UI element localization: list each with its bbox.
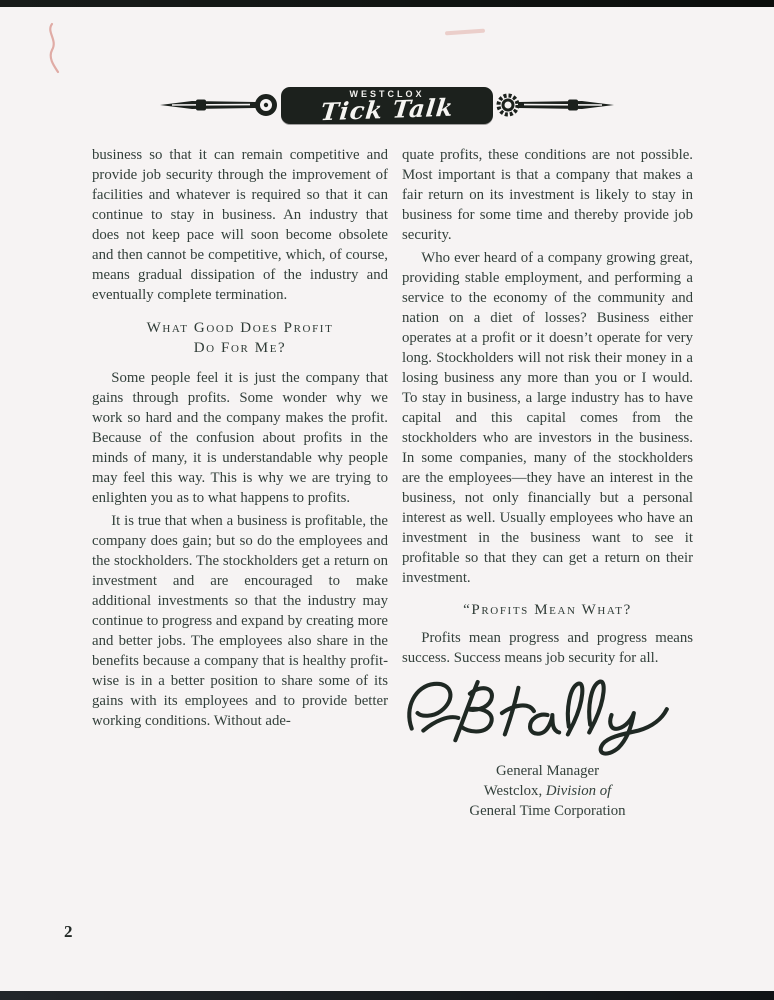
signature-scrawl-icon bbox=[402, 671, 693, 759]
page-number: 2 bbox=[64, 922, 73, 942]
body-paragraph: Profits mean progress and progress means… bbox=[402, 628, 693, 668]
section-heading: What Good Does Profit Do For Me? bbox=[92, 318, 388, 358]
signature: RB Hally bbox=[402, 671, 693, 759]
right-column: quate profits, these conditions are not … bbox=[402, 145, 693, 821]
body-paragraph: Who ever heard of a company growing grea… bbox=[402, 248, 693, 588]
pencil-mark-icon bbox=[38, 18, 118, 78]
page: WESTCLOX Tick Talk business so that it c… bbox=[0, 0, 774, 1000]
body-paragraph: It is true that when a business is profi… bbox=[92, 511, 388, 731]
section-heading: “Profits Mean What? bbox=[402, 600, 693, 620]
signoff-company: Westclox, Division of bbox=[402, 781, 693, 801]
signoff: General Manager Westclox, Division of Ge… bbox=[402, 761, 693, 821]
section-heading-line2: Do For Me? bbox=[194, 340, 287, 356]
body-paragraph: Some people feel it is just the company … bbox=[92, 368, 388, 508]
scan-edge-bottom bbox=[0, 991, 774, 1000]
masthead: WESTCLOX Tick Talk bbox=[0, 84, 774, 126]
signoff-title: General Manager bbox=[402, 761, 693, 781]
body-paragraph: business so that it can remain competiti… bbox=[92, 145, 388, 305]
signoff-corporation: General Time Corporation bbox=[402, 801, 693, 821]
clock-hand-right-icon bbox=[494, 87, 616, 123]
left-column: business so that it can remain competiti… bbox=[92, 145, 388, 821]
logo-banner: WESTCLOX Tick Talk bbox=[281, 87, 493, 124]
pencil-smudge bbox=[445, 29, 485, 36]
section-heading-line1: What Good Does Profit bbox=[147, 320, 334, 336]
logo-script: Tick Talk bbox=[319, 95, 455, 124]
scan-edge-top bbox=[0, 0, 774, 7]
body-text: business so that it can remain competiti… bbox=[92, 145, 693, 821]
clock-hand-left-icon bbox=[158, 87, 280, 123]
body-paragraph: quate profits, these conditions are not … bbox=[402, 145, 693, 245]
